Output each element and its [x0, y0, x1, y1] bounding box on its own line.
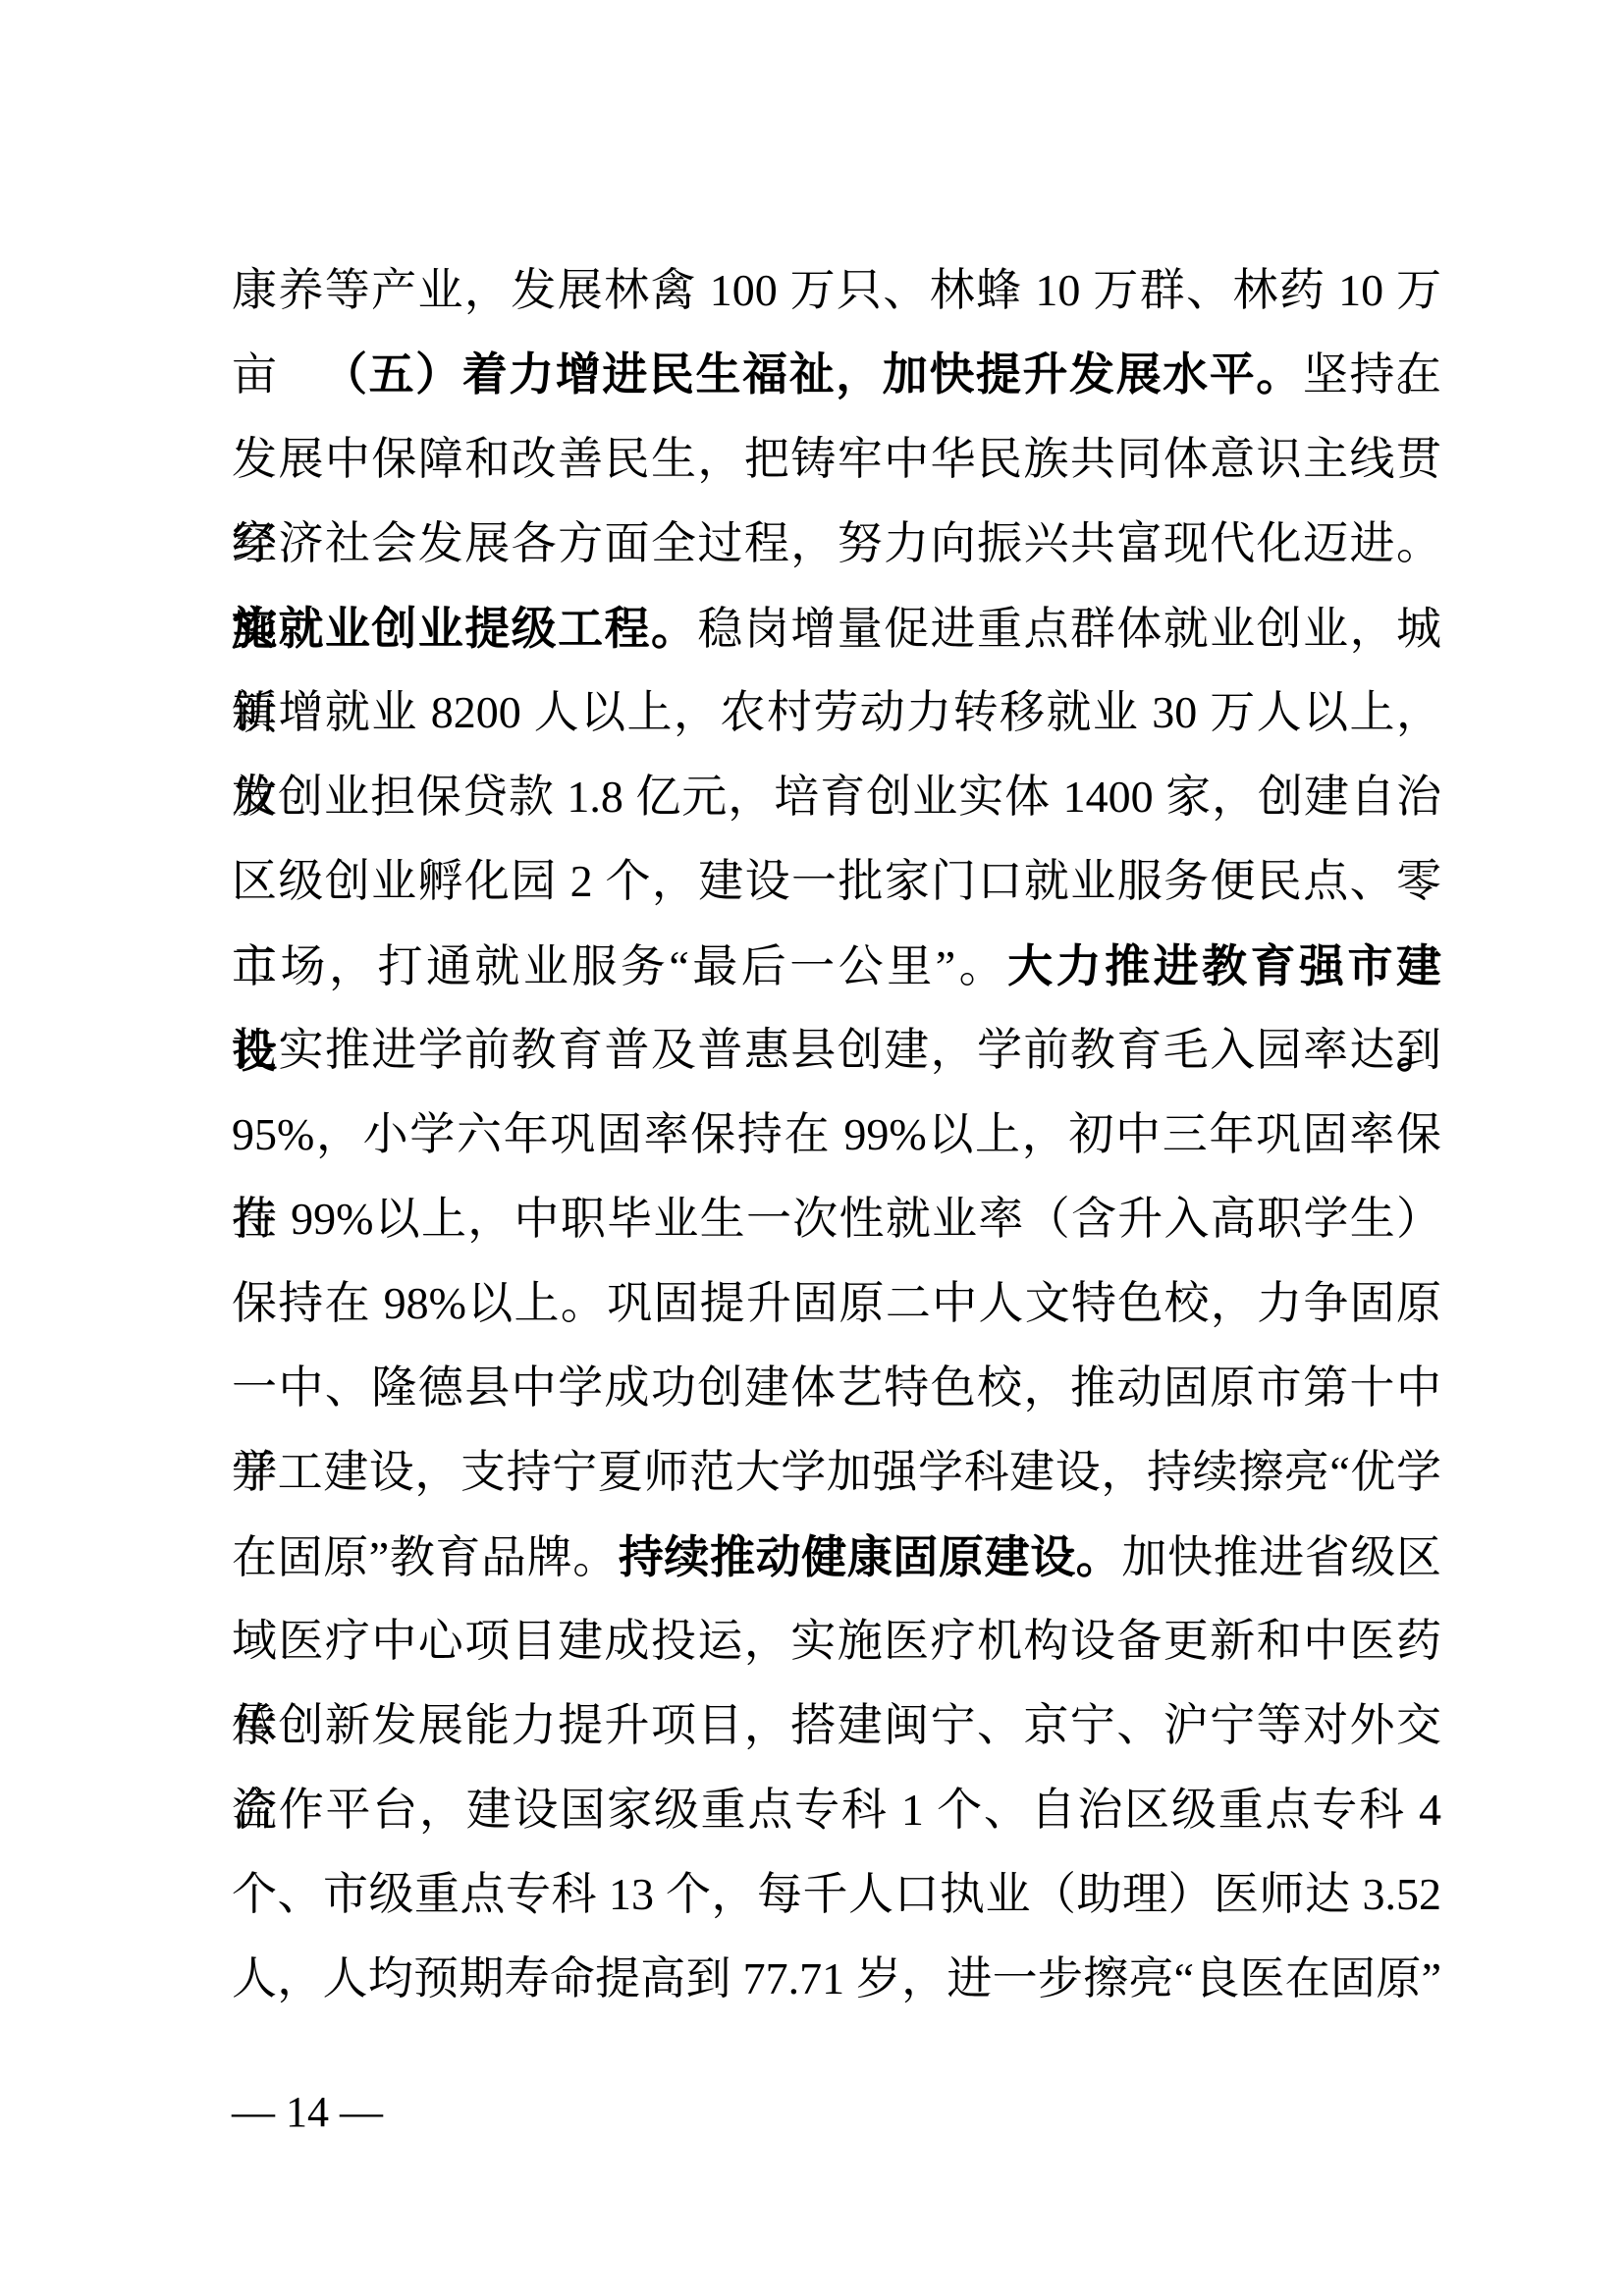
text-segment-song: 合作平台，建设国家级重点专科 1 个、自治区级重点专科 4: [232, 1785, 1441, 1835]
text-segment-song: 放创业担保贷款 1.8 亿元，培育创业实体 1400 家，创建自治: [232, 772, 1441, 822]
text-line: 人，人均预期寿命提高到 77.71 岁，进一步擦亮“良医在固原”: [232, 1937, 1441, 2021]
text-segment-hei: 施就业创业提级工程。: [232, 603, 697, 654]
text-segment-song: 个、市级重点专科 13 个，每千人口执业（助理）医师达 3.52: [232, 1869, 1441, 1919]
text-line: 开工建设，支持宁夏师范大学加强学科建设，持续擦亮“优学: [232, 1430, 1441, 1515]
text-segment-song: 人，人均预期寿命提高到 77.71 岁，进一步擦亮“良医在固原”: [232, 1953, 1441, 2003]
text-line: 域医疗中心项目建成投运，实施医疗机构设备更新和中医药传: [232, 1599, 1441, 1683]
text-segment-song: 市场，打通就业服务“最后一公里”。: [232, 941, 1007, 991]
text-segment-song: 开工建设，支持宁夏师范大学加强学科建设，持续擦亮“优学: [232, 1447, 1441, 1497]
text-line: 市场，打通就业服务“最后一公里”。大力推进教育强市建设。: [232, 924, 1441, 1008]
text-line: 在 99%以上，中职毕业生一次性就业率（含升入高职学生）: [232, 1177, 1441, 1261]
text-line: 95%，小学六年巩固率保持在 99%以上，初中三年巩固率保持: [232, 1093, 1441, 1177]
text-line: 在固原”教育品牌。持续推动健康固原建设。加快推进省级区: [232, 1515, 1441, 1599]
text-segment-kai: （五）着力增进民生福祉，加快提升发展水平。: [322, 349, 1303, 400]
text-segment-hei: 持续推动健康固原建设。: [619, 1531, 1122, 1582]
text-line: 保持在 98%以上。巩固提升固原二中人文特色校，力争固原: [232, 1261, 1441, 1346]
text-segment-song: 经济社会发展各方面全过程，努力向振兴共富现代化迈进。: [232, 518, 1441, 568]
text-segment-song: 在固原”教育品牌。: [232, 1532, 619, 1582]
text-line: 发展中保障和改善民生，把铸牢中华民族共同体意识主线贯穿: [232, 417, 1441, 502]
text-line: 施就业创业提级工程。稳岗增量促进重点群体就业创业，城镇: [232, 586, 1441, 670]
text-line: 合作平台，建设国家级重点专科 1 个、自治区级重点专科 4: [232, 1768, 1441, 1852]
text-line: 区级创业孵化园 2 个，建设一批家门口就业服务便民点、零工: [232, 839, 1441, 924]
text-line: 康养等产业，发展林禽 100 万只、林蜂 10 万群、林药 10 万亩。: [232, 248, 1441, 333]
text-line: 承创新发展能力提升项目，搭建闽宁、京宁、沪宁等对外交流: [232, 1683, 1441, 1768]
text-line: 经济社会发展各方面全过程，努力向振兴共富现代化迈进。实: [232, 502, 1441, 586]
text-segment-song: 保持在 98%以上。巩固提升固原二中人文特色校，力争固原: [232, 1278, 1441, 1328]
page-number: — 14 —: [232, 2091, 383, 2134]
text-line: 放创业担保贷款 1.8 亿元，培育创业实体 1400 家，创建自治: [232, 755, 1441, 839]
text-block: 康养等产业，发展林禽 100 万只、林蜂 10 万群、林药 10 万亩。（五）着…: [232, 248, 1441, 2021]
text-line: （五）着力增进民生福祉，加快提升发展水平。坚持在: [232, 333, 1441, 417]
text-line: 个、市级重点专科 13 个，每千人口执业（助理）医师达 3.52: [232, 1852, 1441, 1937]
text-line: 一中、隆德县中学成功创建体艺特色校，推动固原市第十中学: [232, 1346, 1441, 1430]
text-segment-song: 在 99%以上，中职毕业生一次性就业率（含升入高职学生）: [232, 1194, 1441, 1244]
document-page: 康养等产业，发展林禽 100 万只、林蜂 10 万群、林药 10 万亩。（五）着…: [0, 0, 1623, 2296]
text-line: 扎实推进学前教育普及普惠县创建，学前教育毛入园率达到: [232, 1008, 1441, 1093]
text-segment-song: 坚持在: [1303, 349, 1441, 400]
text-segment-song: 扎实推进学前教育普及普惠县创建，学前教育毛入园率达到: [232, 1025, 1441, 1075]
text-segment-song: 加快推进省级区: [1121, 1532, 1441, 1582]
text-line: 新增就业 8200 人以上，农村劳动力转移就业 30 万人以上，发: [232, 670, 1441, 755]
